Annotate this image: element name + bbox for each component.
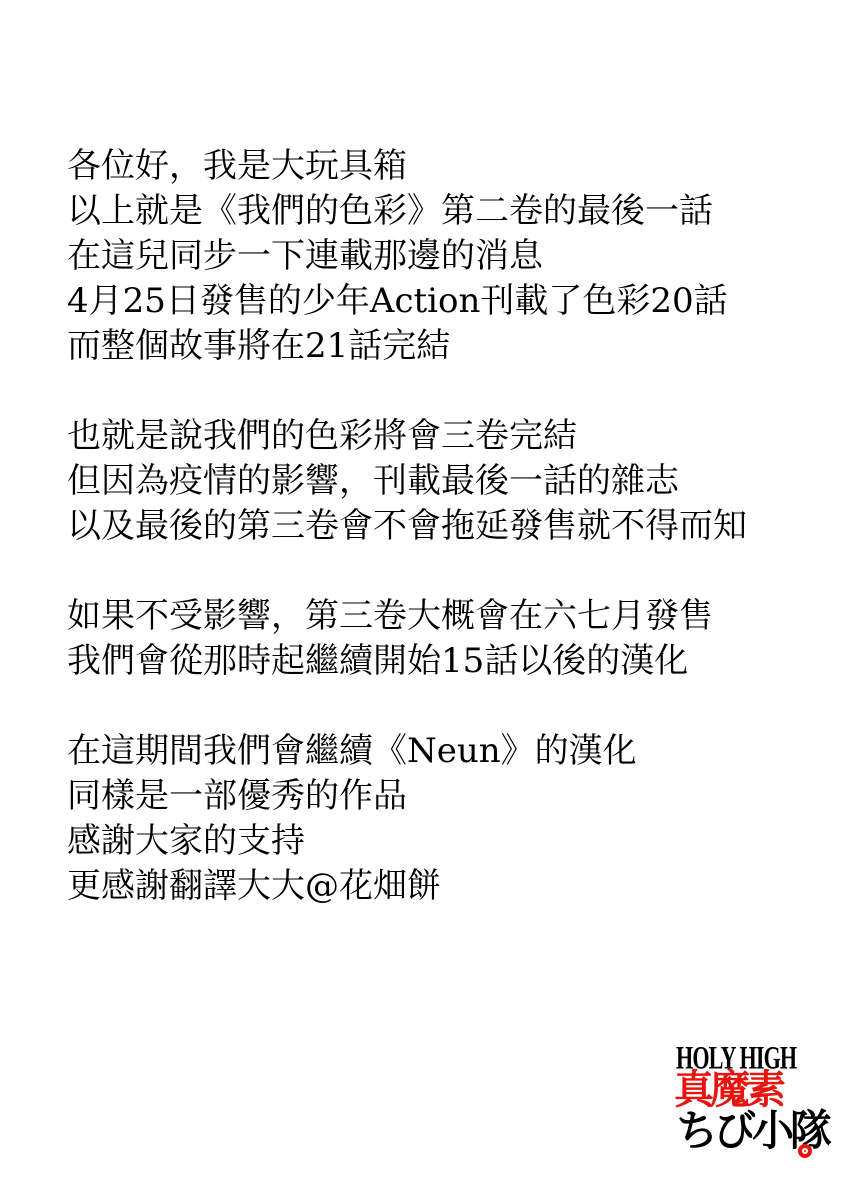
paragraph-2: 也就是說我們的色彩將會三卷完結 但因為疫情的影響，刊載最後一話的雜志 以及最後的… <box>67 414 747 549</box>
text-line: 以上就是《我們的色彩》第二卷的最後一話 <box>67 189 747 234</box>
text-line: 以及最後的第三卷會不會拖延發售就不得而知 <box>67 504 747 549</box>
text-line: 如果不受影響，第三卷大概會在六七月發售 <box>67 594 747 639</box>
logo-dot-icon <box>798 1144 812 1158</box>
text-line: 更感謝翻譯大大@花畑餅 <box>67 864 747 909</box>
text-line: 各位好，我是大玩具箱 <box>67 144 747 189</box>
text-line: 我們會從那時起繼續開始15話以後的漢化 <box>67 639 747 684</box>
text-line: 但因為疫情的影響，刊載最後一話的雜志 <box>67 459 747 504</box>
text-line: 而整個故事將在21話完結 <box>67 324 747 369</box>
paragraph-gap <box>67 549 747 594</box>
text-line: 同樣是一部優秀的作品 <box>67 774 747 819</box>
text-line: 4月25日發售的少年Action刊載了色彩20話 <box>67 279 747 324</box>
paragraph-gap <box>67 369 747 414</box>
group-logo: HOLY HIGH 真魔素 ちび小隊 <box>674 1042 814 1162</box>
text-line: 感謝大家的支持 <box>67 819 747 864</box>
paragraph-3: 如果不受影響，第三卷大概會在六七月發售 我們會從那時起繼續開始15話以後的漢化 <box>67 594 747 684</box>
page: 各位好，我是大玩具箱 以上就是《我們的色彩》第二卷的最後一話 在這兒同步一下連載… <box>0 0 844 1200</box>
text-line: 也就是說我們的色彩將會三卷完結 <box>67 414 747 459</box>
text-line: 在這期間我們會繼續《Neun》的漢化 <box>67 729 747 774</box>
notice-text: 各位好，我是大玩具箱 以上就是《我們的色彩》第二卷的最後一話 在這兒同步一下連載… <box>67 144 747 909</box>
text-line: 在這兒同步一下連載那邊的消息 <box>67 234 747 279</box>
paragraph-gap <box>67 684 747 729</box>
paragraph-4: 在這期間我們會繼續《Neun》的漢化 同樣是一部優秀的作品 感謝大家的支持 更感… <box>67 729 747 909</box>
paragraph-1: 各位好，我是大玩具箱 以上就是《我們的色彩》第二卷的最後一話 在這兒同步一下連載… <box>67 144 747 369</box>
logo-middle-text: 真魔素 <box>674 1070 782 1110</box>
